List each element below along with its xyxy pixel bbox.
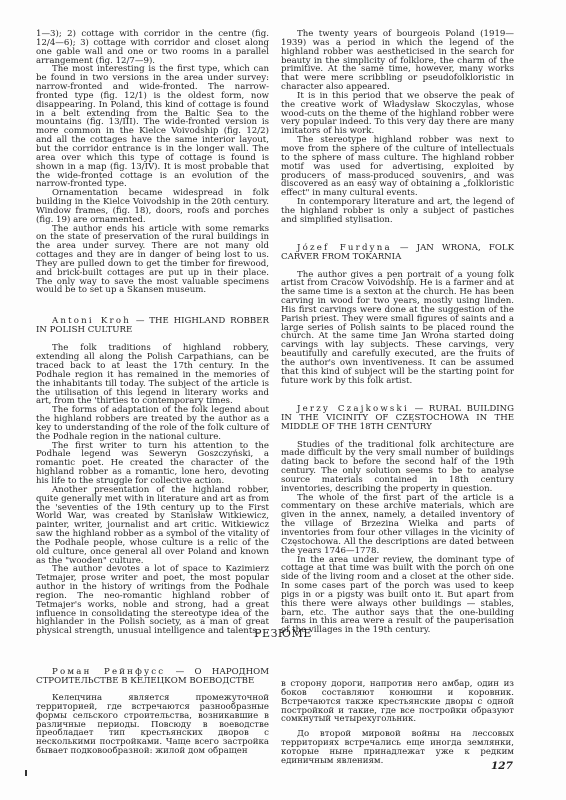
right-column: The twenty years of bourgeois Poland (19…: [281, 30, 514, 635]
paragraph: The forms of adaptation of the folk lege…: [36, 406, 269, 441]
article-heading-kroh: Antoni Kroh — THE HIGHLAND ROBBER IN POL…: [36, 317, 269, 335]
paragraph: The author gives a pen portrait of a you…: [281, 271, 514, 386]
paragraph: The twenty years of bourgeois Poland (19…: [281, 30, 514, 92]
left-column: 1—3); 2) cottage with corridor in the ce…: [36, 30, 269, 636]
paragraph: The author devotes a lot of space to Kaz…: [36, 565, 269, 636]
document-page: 1—3); 2) cottage with corridor in the ce…: [0, 0, 566, 800]
paragraph: Studies of the traditional folk architec…: [281, 441, 514, 494]
paragraph: It is in this period that we observe the…: [281, 92, 514, 136]
paragraph: The most interesting is the first type, …: [36, 65, 269, 189]
continued-paragraph: 1—3); 2) cottage with corridor in the ce…: [36, 30, 269, 65]
paragraph: Another presentation of the highland rob…: [36, 486, 269, 566]
continued-paragraph: в сторону дороги, напротив него амбар, о…: [281, 680, 514, 724]
paragraph: In contemporary literature and art, the …: [281, 198, 514, 225]
paragraph: The whole of the first part of the artic…: [281, 494, 514, 556]
scan-edge-mark: [25, 770, 27, 776]
paragraph: До второй мировой войны на лессовых терр…: [281, 730, 514, 765]
article-heading-czajkowski: Jerzy Czajkowski — RURAL BUILDING IN THE…: [281, 405, 514, 432]
paragraph: The author ends his article with some re…: [36, 225, 269, 296]
paragraph: The folk traditions of highland robbery,…: [36, 344, 269, 406]
paragraph: Ornamentation became widespread in folk …: [36, 189, 269, 224]
paragraph: The stereotype highland robber was next …: [281, 136, 514, 198]
resume-right-column: в сторону дороги, напротив него амбар, о…: [281, 680, 514, 766]
paragraph: Келецчина является промежуточной террито…: [36, 694, 269, 756]
heading-dash: —: [131, 316, 149, 326]
resume-section-title: РЕЗЮМЕ: [0, 627, 566, 640]
resume-article-heading: Роман Рейнфусс — О НАРОДНОМ СТРОИТЕЛЬСТВ…: [36, 668, 269, 686]
article-heading-furdyna: Józef Furdyna — JAN WRONA, FOLK CARVER F…: [281, 244, 514, 262]
page-number: 127: [491, 760, 513, 772]
paragraph: The first writer to turn his attention t…: [36, 442, 269, 486]
resume-left-column: Роман Рейнфусс — О НАРОДНОМ СТРОИТЕЛЬСТВ…: [36, 668, 269, 756]
paragraph: In the area under review, the dominant t…: [281, 556, 514, 636]
